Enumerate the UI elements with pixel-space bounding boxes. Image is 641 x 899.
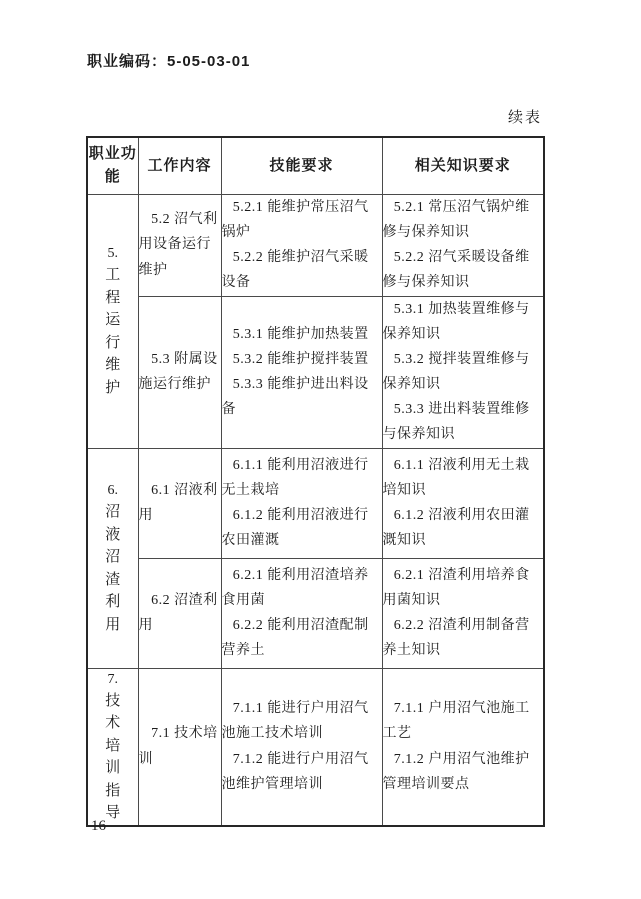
- work-content-text: 6.1 沼液利用: [139, 478, 221, 528]
- skill-item: 6.1.2 能利用沼液进行农田灌溉: [222, 503, 382, 553]
- function-name-vertical: 工程运行维护: [105, 264, 121, 399]
- knowledge-cell: 5.2.1 常压沼气锅炉维修与保养知识 5.2.2 沼气采暖设备维修与保养知识: [382, 194, 544, 296]
- knowledge-cell: 5.3.1 加热装置维修与保养知识 5.3.2 搅拌装置维修与保养知识 5.3.…: [382, 296, 544, 448]
- function-number: 7.: [108, 669, 119, 690]
- skill-item: 5.2.2 能维护沼气采暖设备: [222, 245, 382, 295]
- work-content-cell: 5.3 附属设施运行维护: [138, 296, 221, 448]
- header-knowledge-requirements: 相关知识要求: [382, 137, 544, 194]
- function-number: 5.: [108, 243, 119, 264]
- knowledge-item: 7.1.2 户用沼气池维护管理培训要点: [383, 747, 544, 797]
- work-content-text: 5.2 沼气利用设备运行维护: [139, 207, 221, 283]
- function-cell-7: 7. 技术培训指导: [87, 668, 138, 826]
- knowledge-cell: 7.1.1 户用沼气池施工工艺 7.1.2 户用沼气池维护管理培训要点: [382, 668, 544, 826]
- skill-cell: 6.1.1 能利用沼液进行无土栽培 6.1.2 能利用沼液进行农田灌溉: [221, 448, 382, 558]
- occupation-code-label: 职业编码：5-05-03-01: [87, 50, 250, 71]
- knowledge-item: 6.2.1 沼渣利用培养食用菌知识: [383, 563, 544, 613]
- skill-cell: 6.2.1 能利用沼渣培养食用菌 6.2.2 能利用沼渣配制营养土: [221, 558, 382, 668]
- knowledge-item: 6.2.2 沼渣利用制备营养土知识: [383, 613, 544, 663]
- skill-item: 5.2.1 能维护常压沼气锅炉: [222, 195, 382, 245]
- work-content-text: 7.1 技术培训: [139, 721, 221, 771]
- knowledge-item: 5.3.3 进出料装置维修与保养知识: [383, 397, 544, 447]
- knowledge-item: 5.2.1 常压沼气锅炉维修与保养知识: [383, 195, 544, 245]
- skill-item: 7.1.2 能进行户用沼气池维护管理培训: [222, 747, 382, 797]
- work-content-cell: 7.1 技术培训: [138, 668, 221, 826]
- skill-item: 6.2.2 能利用沼渣配制营养土: [222, 613, 382, 663]
- work-content-text: 5.3 附属设施运行维护: [139, 347, 221, 397]
- skill-item: 5.3.2 能维护搅拌装置: [222, 347, 382, 372]
- skill-cell: 5.2.1 能维护常压沼气锅炉 5.2.2 能维护沼气采暖设备: [221, 194, 382, 296]
- page-number: 16: [91, 818, 106, 835]
- knowledge-item: 5.2.2 沼气采暖设备维修与保养知识: [383, 245, 544, 295]
- function-label-6: 6. 沼液沼渣利用: [88, 480, 138, 636]
- header-work-content: 工作内容: [138, 137, 221, 194]
- function-name-vertical: 技术培训指导: [105, 690, 121, 825]
- table-header-row: 职业功能 工作内容 技能要求 相关知识要求: [87, 137, 544, 194]
- occupation-standard-table: 职业功能 工作内容 技能要求 相关知识要求 5. 工程运行维护 5.2 沼气利用…: [86, 136, 545, 827]
- table-row: 5. 工程运行维护 5.2 沼气利用设备运行维护 5.2.1 能维护常压沼气锅炉…: [87, 194, 544, 296]
- skill-cell: 5.3.1 能维护加热装置 5.3.2 能维护搅拌装置 5.3.3 能维护进出料…: [221, 296, 382, 448]
- function-label-5: 5. 工程运行维护: [88, 243, 138, 399]
- header-occupational-function: 职业功能: [87, 137, 138, 194]
- function-number: 6.: [108, 480, 119, 501]
- knowledge-cell: 6.1.1 沼液利用无土栽培知识 6.1.2 沼液利用农田灌溉知识: [382, 448, 544, 558]
- work-content-cell: 6.1 沼液利用: [138, 448, 221, 558]
- knowledge-item: 6.1.1 沼液利用无土栽培知识: [383, 453, 544, 503]
- knowledge-item: 7.1.1 户用沼气池施工工艺: [383, 696, 544, 746]
- work-content-cell: 5.2 沼气利用设备运行维护: [138, 194, 221, 296]
- knowledge-item: 5.3.1 加热装置维修与保养知识: [383, 297, 544, 347]
- skill-item: 6.2.1 能利用沼渣培养食用菌: [222, 563, 382, 613]
- function-cell-6: 6. 沼液沼渣利用: [87, 448, 138, 668]
- knowledge-item: 6.1.2 沼液利用农田灌溉知识: [383, 503, 544, 553]
- skill-item: 6.1.1 能利用沼液进行无土栽培: [222, 453, 382, 503]
- skill-item: 5.3.1 能维护加热装置: [222, 322, 382, 347]
- skill-cell: 7.1.1 能进行户用沼气池施工技术培训 7.1.2 能进行户用沼气池维护管理培…: [221, 668, 382, 826]
- work-content-cell: 6.2 沼渣利用: [138, 558, 221, 668]
- skill-item: 5.3.3 能维护进出料设备: [222, 372, 382, 422]
- knowledge-item: 5.3.2 搅拌装置维修与保养知识: [383, 347, 544, 397]
- table-row: 6.2 沼渣利用 6.2.1 能利用沼渣培养食用菌 6.2.2 能利用沼渣配制营…: [87, 558, 544, 668]
- function-cell-5: 5. 工程运行维护: [87, 194, 138, 448]
- table-row: 7. 技术培训指导 7.1 技术培训 7.1.1 能进行户用沼气池施工技术培训 …: [87, 668, 544, 826]
- document-page: 职业编码：5-05-03-01 续表 职业功能 工作内容 技能要求 相关知识要求…: [0, 0, 641, 899]
- skill-item: 7.1.1 能进行户用沼气池施工技术培训: [222, 696, 382, 746]
- header-skill-requirements: 技能要求: [221, 137, 382, 194]
- function-label-7: 7. 技术培训指导: [88, 669, 138, 825]
- knowledge-cell: 6.2.1 沼渣利用培养食用菌知识 6.2.2 沼渣利用制备营养土知识: [382, 558, 544, 668]
- table-row: 5.3 附属设施运行维护 5.3.1 能维护加热装置 5.3.2 能维护搅拌装置…: [87, 296, 544, 448]
- continued-table-label: 续表: [86, 106, 542, 127]
- table-row: 6. 沼液沼渣利用 6.1 沼液利用 6.1.1 能利用沼液进行无土栽培 6.1…: [87, 448, 544, 558]
- work-content-text: 6.2 沼渣利用: [139, 588, 221, 638]
- function-name-vertical: 沼液沼渣利用: [105, 501, 121, 636]
